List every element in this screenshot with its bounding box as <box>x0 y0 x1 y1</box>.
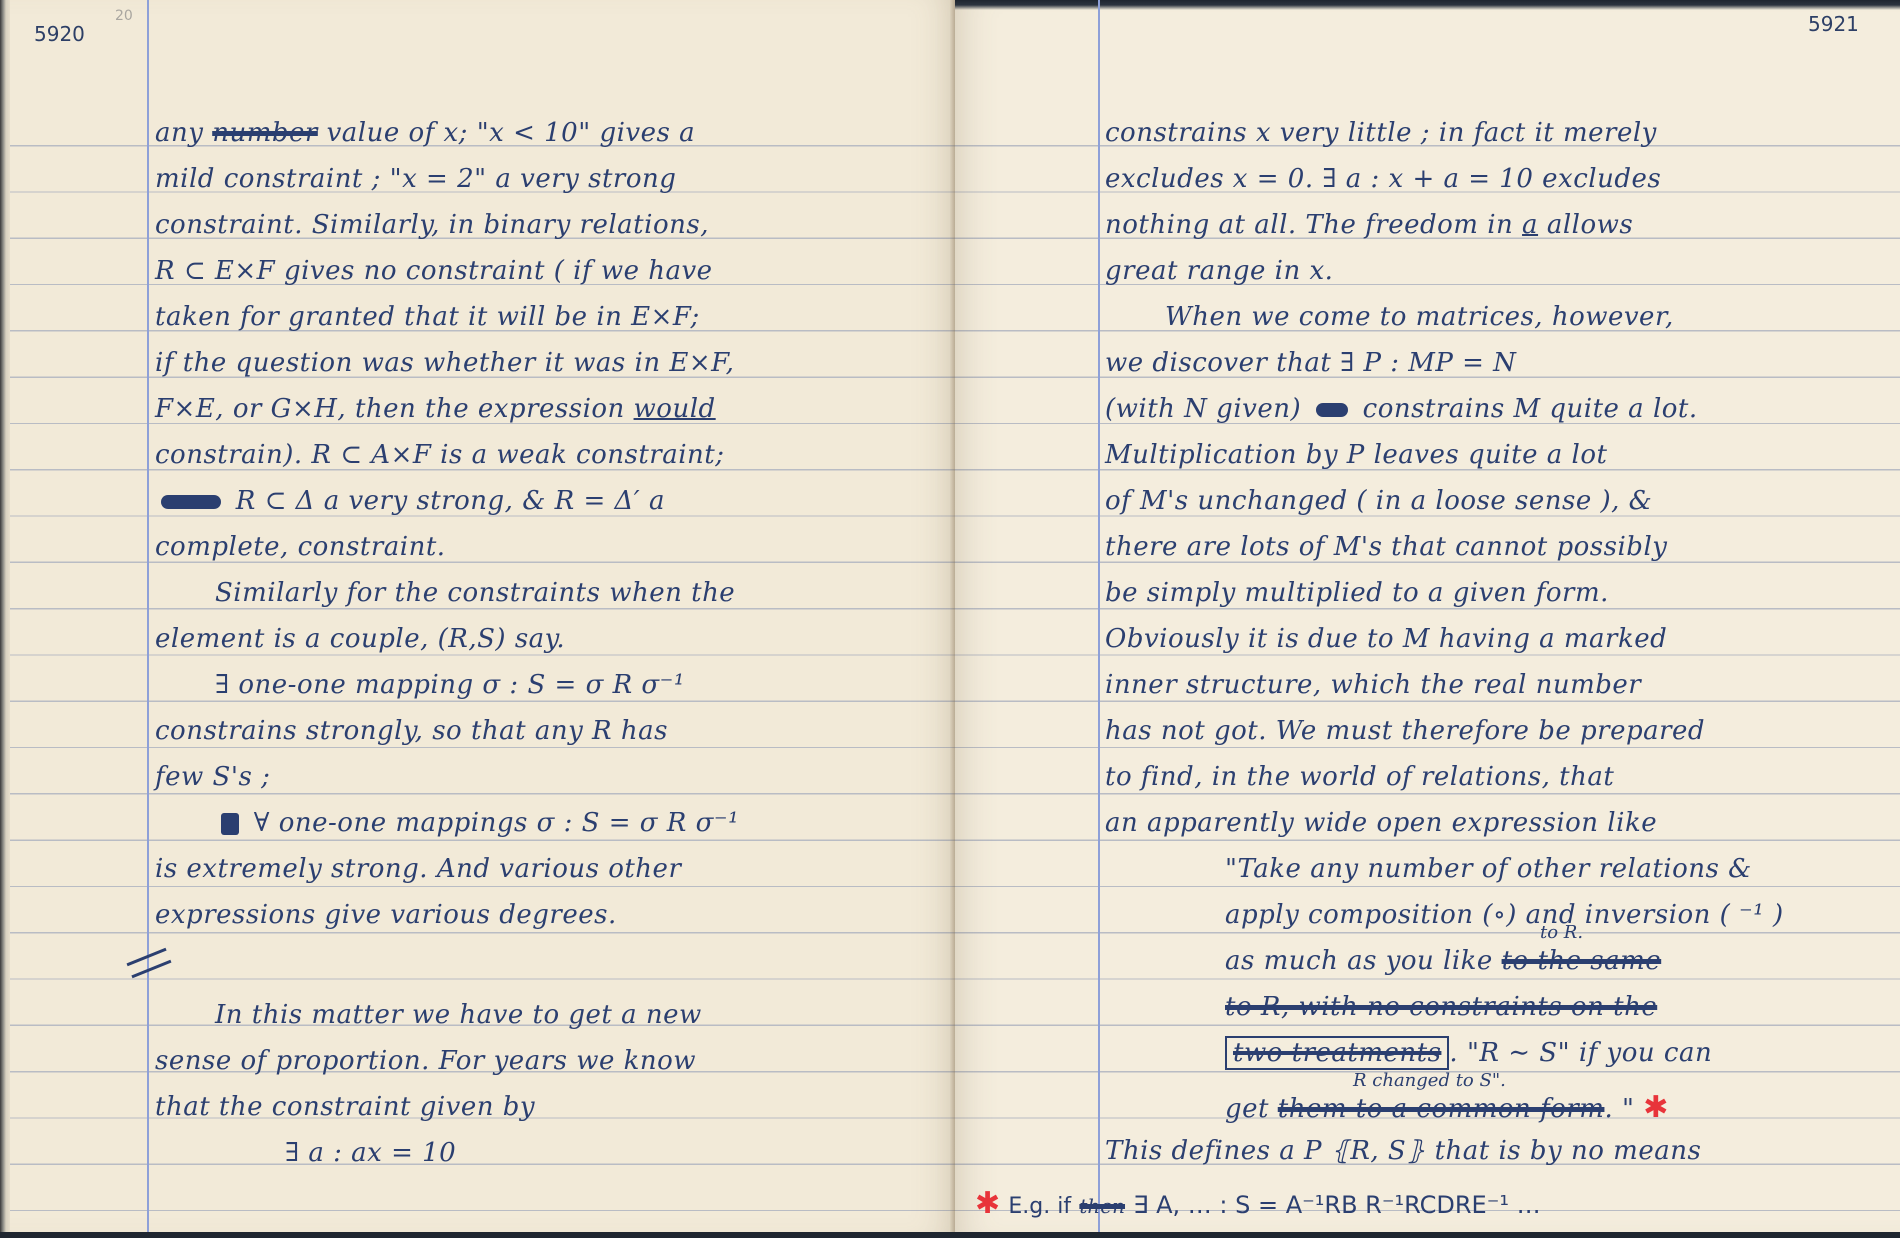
text-line: (with N given) constrains M quite a lot. <box>1105 394 1698 424</box>
quoted-line: to R, with no constraints on the <box>1105 992 1657 1022</box>
ink-scribble <box>221 813 239 835</box>
text-line: excludes x = 0. ∃ a : x + a = 10 exclude… <box>1105 164 1661 194</box>
text-line: great range in x. <box>1105 256 1333 286</box>
left-margin-line <box>147 0 149 1232</box>
boxed-struck-phrase: two treatments <box>1225 1036 1449 1070</box>
struck-phrase: them to a common form <box>1278 1094 1605 1124</box>
struck-phrase: to the same <box>1502 946 1662 976</box>
text-line: is extremely strong. And various other <box>155 854 681 884</box>
text-line: R ⊂ E×F gives no constraint ( if we have <box>155 256 713 286</box>
inserted-text: to R. <box>1540 922 1583 943</box>
book-top-edge <box>955 0 1900 10</box>
text-line: ∀ one-one mappings σ : S = σ R σ⁻¹ <box>155 808 739 838</box>
text-line: In this matter we have to get a new <box>155 1000 702 1030</box>
text-line: mild constraint ; "x = 2" a very strong <box>155 164 676 194</box>
text-line: constrain). R ⊂ A×F is a weak constraint… <box>155 440 724 470</box>
ink-scribble <box>161 495 221 509</box>
text-line: taken for granted that it will be in E×F… <box>155 302 700 332</box>
struck-word: then <box>1079 1194 1125 1218</box>
notebook-spread: 5920 20 any number value of x; "x < 10" … <box>0 0 1900 1232</box>
text-line: there are lots of M's that cannot possib… <box>1105 532 1667 562</box>
quoted-line: get them to a common form. " ✱ <box>1105 1090 1669 1125</box>
text-line: When we come to matrices, however, <box>1105 302 1674 332</box>
text-line: R ⊂ Δ a very strong, & R = Δ′ a <box>155 486 665 516</box>
text-line: F×E, or G×H, then the expression would <box>155 394 716 424</box>
asterisk-icon: ✱ <box>1643 1090 1669 1125</box>
underlined-word: would <box>634 394 716 424</box>
text-line: Obviously it is due to M having a marked <box>1105 624 1667 654</box>
quoted-line: apply composition (∘) and inversion ( ⁻¹… <box>1105 900 1784 930</box>
asterisk-icon: ✱ <box>975 1186 1000 1221</box>
text-line: expressions give various degrees. <box>155 900 617 930</box>
text-line: sense of proportion. For years we know <box>155 1046 696 1076</box>
text-line: ∃ one-one mapping σ : S = σ R σ⁻¹ <box>155 670 685 700</box>
text-line: constrains strongly, so that any R has <box>155 716 668 746</box>
book-edge <box>0 0 10 1232</box>
text-line: any number value of x; "x < 10" gives a <box>155 118 695 148</box>
text-line: complete, constraint. <box>155 532 446 562</box>
text-line: This defines a P ⦃R, S⦄ that is by no me… <box>1105 1136 1701 1166</box>
struck-word: number <box>212 118 318 148</box>
pencil-mark: 20 <box>115 8 133 24</box>
text-line: inner structure, which the real number <box>1105 670 1641 700</box>
text-line: constraint. Similarly, in binary relatio… <box>155 210 709 240</box>
text-line: of M's unchanged ( in a loose sense ), & <box>1105 486 1652 516</box>
text-line: ∃ a : ax = 10 <box>155 1138 456 1168</box>
text-line: Multiplication by P leaves quite a lot <box>1105 440 1607 470</box>
struck-phrase: to R, with no constraints on the <box>1225 992 1657 1022</box>
text-line: nothing at all. The freedom in a allows <box>1105 210 1633 240</box>
page-number-right: 5921 <box>1808 12 1859 36</box>
text-line: that the constraint given by <box>155 1092 535 1122</box>
text-line: Similarly for the constraints when the <box>155 578 735 608</box>
ink-scribble <box>1316 403 1348 417</box>
page-number-left: 5920 <box>34 22 85 46</box>
text-line: few S's ; <box>155 762 270 792</box>
text-line: we discover that ∃ P : MP = N <box>1105 348 1516 378</box>
text-line: element is a couple, (R,S) say. <box>155 624 565 654</box>
quoted-line: "Take any number of other relations & <box>1105 854 1752 884</box>
right-margin-line <box>1098 0 1100 1232</box>
text-line: has not got. We must therefore be prepar… <box>1105 716 1705 746</box>
text-line: if the question was whether it was in E×… <box>155 348 734 378</box>
footnote: ✱ E.g. if then ∃ A, … : S = A⁻¹RB R⁻¹RCD… <box>975 1186 1541 1221</box>
text-line: to find, in the world of relations, that <box>1105 762 1614 792</box>
inserted-text: R changed to S". <box>1353 1070 1506 1091</box>
text-line: constrains x very little ; in fact it me… <box>1105 118 1657 148</box>
underlined-word: a <box>1522 210 1538 240</box>
quoted-line: as much as you like to the same <box>1105 946 1661 976</box>
quoted-line: two treatments. "R ∼ S" if you can <box>1105 1038 1712 1068</box>
text-line: be simply multiplied to a given form. <box>1105 578 1609 608</box>
text-line: an apparently wide open expression like <box>1105 808 1657 838</box>
